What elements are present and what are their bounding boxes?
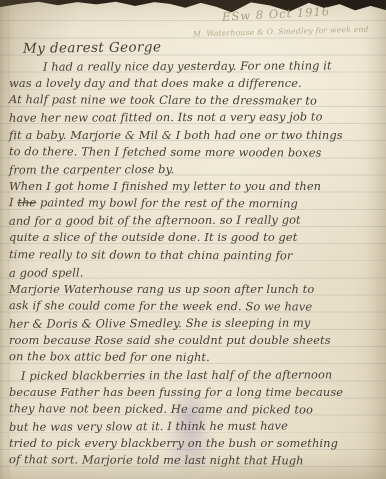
letter-line: of that sort. Marjorie told me last nigh… <box>9 451 386 470</box>
letter-body: I had a really nice day yesterday. For o… <box>9 58 386 469</box>
struck-word: the <box>17 195 36 209</box>
letter-line: and for a good bit of the afternoon. so … <box>9 211 386 230</box>
letter-line: ask if she could come for the week end. … <box>9 297 386 316</box>
letter-line: tried to pick every blackberry on the bu… <box>9 435 386 452</box>
letter-line: her & Doris & Olive Smedley. She is slee… <box>9 314 386 333</box>
letter-line: fit a baby. Marjorie & Mil & I both had … <box>9 127 386 144</box>
letter-line: was a lovely day and that does make a di… <box>9 75 386 92</box>
letter-line: When I got home I finished my letter to … <box>9 178 386 195</box>
letter-page: ESw 8 Oct 1916 M. Waterhouse & O. Smedle… <box>0 0 386 479</box>
letter-line: but he was very slow at it. I think he m… <box>9 417 386 436</box>
letter-line: because Father has been fussing for a lo… <box>9 384 386 401</box>
letter-line: have her new coat fitted on. Its not a v… <box>9 109 386 128</box>
letter-line: on the box attic bed for one night. <box>9 349 386 368</box>
salutation: My dearest George <box>23 39 161 56</box>
letter-line: Marjorie Waterhouse rang us up soon afte… <box>9 281 386 298</box>
letter-line: to do there. Then I fetched some more wo… <box>9 143 386 162</box>
letter-line: I picked blackberries in the last half o… <box>9 366 386 385</box>
letter-line: time really to sit down to that china pa… <box>9 246 386 265</box>
line-text: painted my bowl for the rest of the morn… <box>36 195 298 210</box>
letter-line: I the painted my bowl for the rest of th… <box>9 194 386 213</box>
letter-line: a good spell. <box>9 263 386 282</box>
letter-line: room because Rose said she couldnt put d… <box>9 332 386 349</box>
letter-line: from the carpenter close by. <box>9 160 386 179</box>
letter-line: I had a really nice day yesterday. For o… <box>9 57 386 76</box>
letter-line: they have not been picked. He came and p… <box>9 400 386 419</box>
letter-line: quite a slice of the outside done. It is… <box>9 229 386 246</box>
pencil-note: M. Waterhouse & O. Smedley for week end <box>193 25 369 39</box>
